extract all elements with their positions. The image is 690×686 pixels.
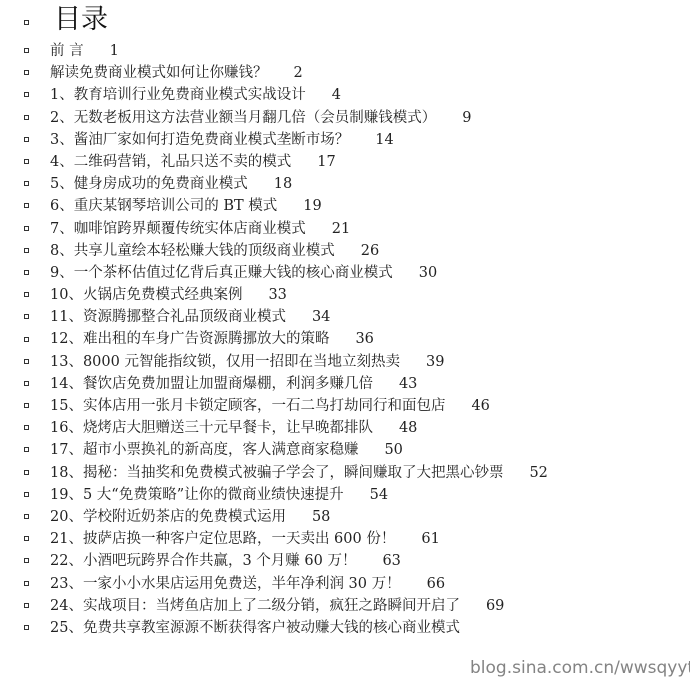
square-bullet-icon bbox=[24, 603, 29, 608]
toc-entry-label: 3、酱油厂家如何打造免费商业模式垄断市场？14 bbox=[50, 129, 394, 151]
toc-entry-text: 15、实体店用一张月卡锁定顾客，一石二鸟打劫同行和面包店 bbox=[50, 398, 445, 414]
square-bullet-icon bbox=[24, 447, 29, 452]
toc-entry[interactable]: 14、餐饮店免费加盟让加盟商爆棚，利润多赚几倍43 bbox=[0, 373, 690, 395]
toc-entry[interactable]: 16、烧烤店大胆赠送三十元早餐卡，让早晚都排队48 bbox=[0, 417, 690, 439]
toc-entry-page-number: 19 bbox=[303, 195, 321, 217]
toc-entry-page-number: 9 bbox=[462, 107, 471, 129]
toc-entry-text: 17、超市小票换礼的新高度，客人满意商家稳赚 bbox=[50, 442, 358, 458]
toc-entry-label: 8、共享儿童绘本轻松赚大钱的顶级商业模式26 bbox=[50, 240, 379, 262]
toc-entry-label: 14、餐饮店免费加盟让加盟商爆棚，利润多赚几倍43 bbox=[50, 373, 417, 395]
toc-entry-label: 4、二维码营销，礼品只送不卖的模式17 bbox=[50, 151, 336, 173]
square-bullet-icon bbox=[24, 20, 29, 25]
toc-entry-page-number: 26 bbox=[361, 240, 379, 262]
toc-entry[interactable]: 3、酱油厂家如何打造免费商业模式垄断市场？14 bbox=[0, 129, 690, 151]
square-bullet-icon bbox=[24, 115, 29, 120]
toc-entry-page-number: 2 bbox=[294, 62, 303, 84]
toc-entry-text: 前 言 bbox=[50, 43, 84, 59]
toc-entry-text: 7、咖啡馆跨界颠覆传统实体店商业模式 bbox=[50, 221, 306, 237]
toc-entry-label: 10、火锅店免费模式经典案例33 bbox=[50, 284, 287, 306]
toc-entry-text: 5、健身房成功的免费商业模式 bbox=[50, 176, 248, 192]
toc-entry-text: 23、一家小小水果店运用免费送，半年净利润 30 万！ bbox=[50, 576, 401, 592]
toc-entry-label: 2、无数老板用这方法营业额当月翻几倍（会员制赚钱模式）9 bbox=[50, 107, 471, 129]
square-bullet-icon bbox=[24, 514, 29, 519]
toc-entry-page-number: 4 bbox=[332, 84, 341, 106]
table-of-contents: 目录 前 言1解读免费商业模式如何让你赚钱？21、教育培训行业免费商业模式实战设… bbox=[0, 0, 690, 639]
toc-entry[interactable]: 24、实战项目：当烤鱼店加上了二级分销，疯狂之路瞬间开启了69 bbox=[0, 595, 690, 617]
toc-entry-label: 21、披萨店换一种客户定位思路，一天卖出 600 份！61 bbox=[50, 528, 440, 550]
toc-entry-label: 12、难出租的车身广告资源腾挪放大的策略36 bbox=[50, 328, 374, 350]
toc-entry-page-number: 58 bbox=[312, 506, 330, 528]
toc-entry[interactable]: 5、健身房成功的免费商业模式18 bbox=[0, 173, 690, 195]
square-bullet-icon bbox=[24, 226, 29, 231]
square-bullet-icon bbox=[24, 536, 29, 541]
toc-entry[interactable]: 17、超市小票换礼的新高度，客人满意商家稳赚50 bbox=[0, 439, 690, 461]
toc-entry-text: 12、难出租的车身广告资源腾挪放大的策略 bbox=[50, 331, 329, 347]
toc-entry-text: 8、共享儿童绘本轻松赚大钱的顶级商业模式 bbox=[50, 243, 335, 259]
toc-entry[interactable]: 15、实体店用一张月卡锁定顾客，一石二鸟打劫同行和面包店46 bbox=[0, 395, 690, 417]
toc-entry[interactable]: 6、重庆某钢琴培训公司的 BT 模式19 bbox=[0, 195, 690, 217]
square-bullet-icon bbox=[24, 70, 29, 75]
square-bullet-icon bbox=[24, 203, 29, 208]
toc-entry-page-number: 54 bbox=[370, 484, 388, 506]
toc-entry-text: 18、揭秘：当抽奖和免费模式被骗子学会了，瞬间赚取了大把黑心钞票 bbox=[50, 465, 503, 481]
toc-entry-text: 4、二维码营销，礼品只送不卖的模式 bbox=[50, 154, 291, 170]
toc-entry-text: 21、披萨店换一种客户定位思路，一天卖出 600 份！ bbox=[50, 531, 395, 547]
toc-entry-label: 23、一家小小水果店运用免费送，半年净利润 30 万！66 bbox=[50, 573, 445, 595]
square-bullet-icon bbox=[24, 159, 29, 164]
toc-entry-label: 15、实体店用一张月卡锁定顾客，一石二鸟打劫同行和面包店46 bbox=[50, 395, 490, 417]
toc-entry-page-number: 17 bbox=[317, 151, 335, 173]
square-bullet-icon bbox=[24, 359, 29, 364]
square-bullet-icon bbox=[24, 581, 29, 586]
toc-entry-label: 16、烧烤店大胆赠送三十元早餐卡，让早晚都排队48 bbox=[50, 417, 417, 439]
toc-entry-page-number: 21 bbox=[332, 218, 350, 240]
square-bullet-icon bbox=[24, 92, 29, 97]
toc-entry-page-number: 52 bbox=[529, 462, 547, 484]
square-bullet-icon bbox=[24, 137, 29, 142]
square-bullet-icon bbox=[24, 403, 29, 408]
toc-entry[interactable]: 前 言1 bbox=[0, 40, 690, 62]
toc-entry-label: 17、超市小票换礼的新高度，客人满意商家稳赚50 bbox=[50, 439, 403, 461]
toc-entry-text: 16、烧烤店大胆赠送三十元早餐卡，让早晚都排队 bbox=[50, 420, 373, 436]
toc-entry-label: 9、一个茶杯估值过亿背后真正赚大钱的核心商业模式30 bbox=[50, 262, 437, 284]
toc-entry[interactable]: 8、共享儿童绘本轻松赚大钱的顶级商业模式26 bbox=[0, 240, 690, 262]
toc-entry[interactable]: 18、揭秘：当抽奖和免费模式被骗子学会了，瞬间赚取了大把黑心钞票52 bbox=[0, 462, 690, 484]
toc-entry-label: 22、小酒吧玩跨界合作共赢，3 个月赚 60 万！63 bbox=[50, 550, 401, 572]
toc-entry[interactable]: 10、火锅店免费模式经典案例33 bbox=[0, 284, 690, 306]
toc-entry-page-number: 34 bbox=[312, 306, 330, 328]
toc-entry-page-number: 36 bbox=[355, 328, 373, 350]
square-bullet-icon bbox=[24, 314, 29, 319]
toc-entry-page-number: 1 bbox=[110, 40, 119, 62]
toc-entry[interactable]: 11、资源腾挪整合礼品顶级商业模式34 bbox=[0, 306, 690, 328]
toc-entry[interactable]: 12、难出租的车身广告资源腾挪放大的策略36 bbox=[0, 328, 690, 350]
toc-entry-label: 24、实战项目：当烤鱼店加上了二级分销，疯狂之路瞬间开启了69 bbox=[50, 595, 504, 617]
square-bullet-icon bbox=[24, 181, 29, 186]
toc-entry-page-number: 50 bbox=[384, 439, 402, 461]
toc-entry-text: 10、火锅店免费模式经典案例 bbox=[50, 287, 242, 303]
toc-entry-page-number: 48 bbox=[399, 417, 417, 439]
toc-entry-label: 1、教育培训行业免费商业模式实战设计4 bbox=[50, 84, 341, 106]
square-bullet-icon bbox=[24, 558, 29, 563]
toc-entry-page-number: 39 bbox=[426, 351, 444, 373]
toc-entry[interactable]: 解读免费商业模式如何让你赚钱？2 bbox=[0, 62, 690, 84]
toc-title: 目录 bbox=[54, 0, 108, 40]
toc-entry[interactable]: 25、免费共享教室源源不断获得客户被动赚大钱的核心商业模式 bbox=[0, 617, 690, 639]
toc-entry-text: 14、餐饮店免费加盟让加盟商爆棚，利润多赚几倍 bbox=[50, 376, 373, 392]
toc-entry-page-number: 14 bbox=[375, 129, 393, 151]
toc-entry[interactable]: 23、一家小小水果店运用免费送，半年净利润 30 万！66 bbox=[0, 573, 690, 595]
toc-entry-label: 25、免费共享教室源源不断获得客户被动赚大钱的核心商业模式 bbox=[50, 617, 486, 639]
toc-entry-text: 20、学校附近奶茶店的免费模式运用 bbox=[50, 509, 286, 525]
toc-entry-page-number: 69 bbox=[486, 595, 504, 617]
toc-entry[interactable]: 9、一个茶杯估值过亿背后真正赚大钱的核心商业模式30 bbox=[0, 262, 690, 284]
toc-entry-label: 5、健身房成功的免费商业模式18 bbox=[50, 173, 292, 195]
toc-entry-page-number: 46 bbox=[471, 395, 489, 417]
toc-entry-label: 19、5 大“免费策略”让你的微商业绩快速提升54 bbox=[50, 484, 388, 506]
toc-entry[interactable]: 13、8000 元智能指纹锁，仅用一招即在当地立刻热卖39 bbox=[0, 351, 690, 373]
square-bullet-icon bbox=[24, 625, 29, 630]
toc-entry[interactable]: 19、5 大“免费策略”让你的微商业绩快速提升54 bbox=[0, 484, 690, 506]
square-bullet-icon bbox=[24, 48, 29, 53]
toc-entry[interactable]: 22、小酒吧玩跨界合作共赢，3 个月赚 60 万！63 bbox=[0, 550, 690, 572]
toc-entry-label: 18、揭秘：当抽奖和免费模式被骗子学会了，瞬间赚取了大把黑心钞票52 bbox=[50, 462, 548, 484]
toc-entry-page-number: 63 bbox=[382, 550, 400, 572]
toc-entry-label: 11、资源腾挪整合礼品顶级商业模式34 bbox=[50, 306, 330, 328]
toc-entry-text: 22、小酒吧玩跨界合作共赢，3 个月赚 60 万！ bbox=[50, 553, 356, 569]
toc-entry-text: 1、教育培训行业免费商业模式实战设计 bbox=[50, 87, 306, 103]
toc-entry-label: 解读免费商业模式如何让你赚钱？2 bbox=[50, 62, 303, 84]
toc-entry-text: 24、实战项目：当烤鱼店加上了二级分销，疯狂之路瞬间开启了 bbox=[50, 598, 460, 614]
toc-entry[interactable]: 4、二维码营销，礼品只送不卖的模式17 bbox=[0, 151, 690, 173]
toc-list: 前 言1解读免费商业模式如何让你赚钱？21、教育培训行业免费商业模式实战设计42… bbox=[0, 40, 690, 639]
toc-entry[interactable]: 7、咖啡馆跨界颠覆传统实体店商业模式21 bbox=[0, 218, 690, 240]
toc-entry-text: 13、8000 元智能指纹锁，仅用一招即在当地立刻热卖 bbox=[50, 354, 400, 370]
watermark: blog.sina.com.cn/wwsqyytj bbox=[470, 658, 690, 678]
square-bullet-icon bbox=[24, 381, 29, 386]
toc-entry-label: 6、重庆某钢琴培训公司的 BT 模式19 bbox=[50, 195, 322, 217]
toc-entry-label: 7、咖啡馆跨界颠覆传统实体店商业模式21 bbox=[50, 218, 350, 240]
square-bullet-icon bbox=[24, 270, 29, 275]
square-bullet-icon bbox=[24, 492, 29, 497]
toc-entry-text: 6、重庆某钢琴培训公司的 BT 模式 bbox=[50, 198, 277, 214]
toc-entry-text: 25、免费共享教室源源不断获得客户被动赚大钱的核心商业模式 bbox=[50, 620, 460, 636]
toc-entry-label: 13、8000 元智能指纹锁，仅用一招即在当地立刻热卖39 bbox=[50, 351, 444, 373]
toc-entry-page-number: 61 bbox=[421, 528, 439, 550]
square-bullet-icon bbox=[24, 292, 29, 297]
toc-entry[interactable]: 21、披萨店换一种客户定位思路，一天卖出 600 份！61 bbox=[0, 528, 690, 550]
toc-entry-text: 3、酱油厂家如何打造免费商业模式垄断市场？ bbox=[50, 132, 349, 148]
toc-entry[interactable]: 20、学校附近奶茶店的免费模式运用58 bbox=[0, 506, 690, 528]
toc-entry-page-number: 43 bbox=[399, 373, 417, 395]
toc-entry-text: 9、一个茶杯估值过亿背后真正赚大钱的核心商业模式 bbox=[50, 265, 393, 281]
toc-entry-page-number: 33 bbox=[268, 284, 286, 306]
toc-entry-text: 11、资源腾挪整合礼品顶级商业模式 bbox=[50, 309, 286, 325]
toc-entry-text: 2、无数老板用这方法营业额当月翻几倍（会员制赚钱模式） bbox=[50, 110, 436, 126]
toc-entry-page-number: 18 bbox=[274, 173, 292, 195]
toc-entry[interactable]: 2、无数老板用这方法营业额当月翻几倍（会员制赚钱模式）9 bbox=[0, 107, 690, 129]
square-bullet-icon bbox=[24, 425, 29, 430]
toc-entry-page-number: 30 bbox=[419, 262, 437, 284]
toc-entry-text: 解读免费商业模式如何让你赚钱？ bbox=[50, 65, 268, 81]
toc-entry-label: 20、学校附近奶茶店的免费模式运用58 bbox=[50, 506, 330, 528]
toc-entry-label: 前 言1 bbox=[50, 40, 119, 62]
toc-entry-text: 19、5 大“免费策略”让你的微商业绩快速提升 bbox=[50, 487, 344, 503]
square-bullet-icon bbox=[24, 470, 29, 475]
square-bullet-icon bbox=[24, 248, 29, 253]
toc-entry-page-number: 66 bbox=[427, 573, 445, 595]
toc-title-row: 目录 bbox=[0, 0, 690, 40]
toc-entry[interactable]: 1、教育培训行业免费商业模式实战设计4 bbox=[0, 84, 690, 106]
square-bullet-icon bbox=[24, 337, 29, 342]
